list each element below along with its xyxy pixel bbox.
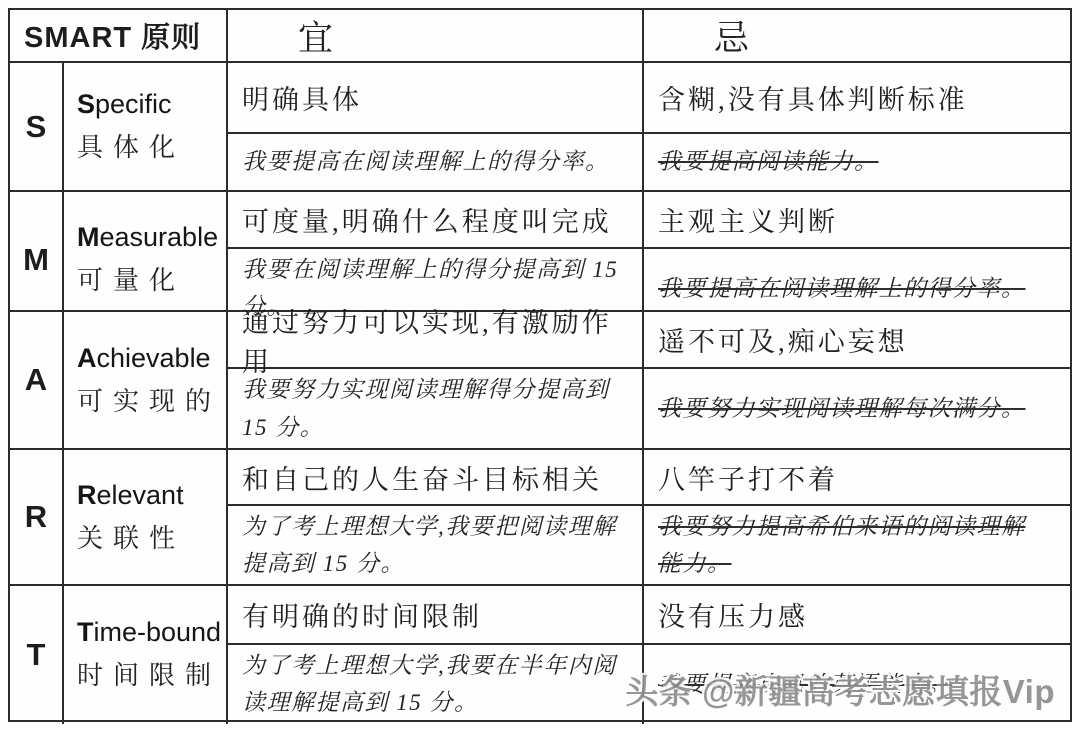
term-rest: elevant bbox=[97, 480, 184, 510]
header-do-cell: 宜 bbox=[228, 10, 644, 61]
letter-cell: M bbox=[10, 192, 64, 328]
watermark: 头条 @新疆高考志愿填报Vip bbox=[625, 666, 1055, 713]
dont-example: 我要努力提高希伯来语的阅读理解能力。 bbox=[644, 506, 1070, 585]
strikethrough-text: 我要努力提高希伯来语的阅读理解能力。 bbox=[658, 508, 1056, 583]
do-description-text: 通过努力可以实现,有激励作用 bbox=[242, 301, 628, 379]
do-column-cell: 有明确的时间限制 为了考上理想大学,我要在半年内阅读理解提高到 15 分。 bbox=[228, 586, 644, 724]
term-initial: M bbox=[77, 222, 100, 252]
letter-cell: A bbox=[10, 312, 64, 448]
term-cell: Achievable 可实现的 bbox=[64, 312, 228, 448]
dont-example: 我要努力实现阅读理解每次满分。 bbox=[644, 369, 1070, 448]
table-row-specific: S Specific 具体化 明确具体 我要提高在阅读理解上的得分率。 含糊,没… bbox=[10, 61, 1070, 190]
do-example-text: 为了考上理想大学,我要把阅读理解提高到 15 分。 bbox=[242, 508, 628, 583]
term-rest: easurable bbox=[100, 222, 219, 252]
dont-description: 没有压力感 bbox=[644, 586, 1070, 645]
term-rest: chievable bbox=[97, 343, 211, 373]
table-header-row: SMART 原则 宜 忌 bbox=[10, 10, 1070, 61]
do-description-text: 和自己的人生奋斗目标相关 bbox=[242, 458, 602, 497]
do-example: 为了考上理想大学,我要在半年内阅读理解提高到 15 分。 bbox=[228, 645, 642, 724]
strikethrough-text: 我要提高在阅读理解上的得分率。 bbox=[658, 270, 1056, 307]
strikethrough-text: 我要提高阅读能力。 bbox=[658, 143, 909, 180]
term-cell: Measurable 可量化 bbox=[64, 192, 228, 328]
smart-principles-table: SMART 原则 宜 忌 S Specific 具体化 明确具体 我要提高在阅读… bbox=[8, 8, 1072, 722]
dont-description-text: 八竿子打不着 bbox=[658, 458, 838, 497]
letter-cell: S bbox=[10, 63, 64, 190]
do-column-cell: 和自己的人生奋斗目标相关 为了考上理想大学,我要把阅读理解提高到 15 分。 bbox=[228, 450, 644, 585]
letter-cell: T bbox=[10, 586, 64, 724]
table-row-measurable: M Measurable 可量化 可度量,明确什么程度叫完成 我要在阅读理解上的… bbox=[10, 190, 1070, 310]
smart-principles-page: SMART 原则 宜 忌 S Specific 具体化 明确具体 我要提高在阅读… bbox=[0, 0, 1080, 730]
do-column-cell: 通过努力可以实现,有激励作用 我要努力实现阅读理解得分提高到 15 分。 bbox=[228, 312, 644, 448]
term-initial: T bbox=[77, 617, 94, 647]
header-principle-cell: SMART 原则 bbox=[10, 10, 228, 61]
do-description: 明确具体 bbox=[228, 63, 642, 134]
dont-description-text: 没有压力感 bbox=[658, 595, 808, 634]
term-chinese: 时间限制 bbox=[77, 655, 226, 692]
term-cell: Time-bound 时间限制 bbox=[64, 586, 228, 724]
do-column-cell: 明确具体 我要提高在阅读理解上的得分率。 bbox=[228, 63, 644, 190]
header-dont-cell: 忌 bbox=[644, 10, 1070, 61]
strikethrough-text: 我要努力实现阅读理解每次满分。 bbox=[658, 390, 1056, 427]
term-rest: ime-bound bbox=[94, 617, 222, 647]
dont-example: 我要提高阅读能力。 bbox=[644, 134, 1070, 190]
term-chinese: 具体化 bbox=[77, 127, 226, 164]
term-english: Specific bbox=[77, 89, 226, 120]
term-cell: Specific 具体化 bbox=[64, 63, 228, 190]
term-english: Measurable bbox=[77, 222, 226, 253]
do-example-text: 我要提高在阅读理解上的得分率。 bbox=[242, 143, 610, 180]
do-example-text: 为了考上理想大学,我要在半年内阅读理解提高到 15 分。 bbox=[242, 647, 628, 722]
dont-column-cell: 八竿子打不着 我要努力提高希伯来语的阅读理解能力。 bbox=[644, 450, 1070, 585]
term-chinese: 可实现的 bbox=[77, 381, 226, 418]
dont-column-cell: 主观主义判断 我要提高在阅读理解上的得分率。 bbox=[644, 192, 1070, 328]
term-english: Achievable bbox=[77, 343, 226, 374]
dont-description: 含糊,没有具体判断标准 bbox=[644, 63, 1070, 134]
do-description-text: 明确具体 bbox=[242, 78, 362, 117]
term-initial: S bbox=[77, 89, 95, 119]
do-description-text: 可度量,明确什么程度叫完成 bbox=[242, 200, 612, 239]
term-english: Relevant bbox=[77, 480, 226, 511]
term-english: Time-bound bbox=[77, 617, 226, 648]
do-example: 为了考上理想大学,我要把阅读理解提高到 15 分。 bbox=[228, 506, 642, 585]
dont-column-cell: 遥不可及,痴心妄想 我要努力实现阅读理解每次满分。 bbox=[644, 312, 1070, 448]
do-example: 我要努力实现阅读理解得分提高到 15 分。 bbox=[228, 369, 642, 448]
term-initial: A bbox=[77, 343, 97, 373]
do-example-text: 我要努力实现阅读理解得分提高到 15 分。 bbox=[242, 371, 628, 446]
letter-cell: R bbox=[10, 450, 64, 585]
do-description: 有明确的时间限制 bbox=[228, 586, 642, 645]
dont-column-cell: 含糊,没有具体判断标准 我要提高阅读能力。 bbox=[644, 63, 1070, 190]
dont-description-text: 含糊,没有具体判断标准 bbox=[658, 78, 968, 117]
dont-description: 遥不可及,痴心妄想 bbox=[644, 312, 1070, 369]
dont-description: 主观主义判断 bbox=[644, 192, 1070, 249]
table-row-achievable: A Achievable 可实现的 通过努力可以实现,有激励作用 我要努力实现阅… bbox=[10, 310, 1070, 448]
term-chinese: 关联性 bbox=[77, 518, 226, 555]
dont-description: 八竿子打不着 bbox=[644, 450, 1070, 506]
term-initial: R bbox=[77, 480, 97, 510]
table-row-relevant: R Relevant 关联性 和自己的人生奋斗目标相关 为了考上理想大学,我要把… bbox=[10, 448, 1070, 584]
do-description-text: 有明确的时间限制 bbox=[242, 595, 482, 634]
term-chinese: 可量化 bbox=[77, 260, 226, 297]
do-example: 我要提高在阅读理解上的得分率。 bbox=[228, 134, 642, 190]
term-rest: pecific bbox=[95, 89, 172, 119]
dont-description-text: 主观主义判断 bbox=[658, 200, 838, 239]
do-description: 通过努力可以实现,有激励作用 bbox=[228, 312, 642, 369]
do-description: 和自己的人生奋斗目标相关 bbox=[228, 450, 642, 506]
term-cell: Relevant 关联性 bbox=[64, 450, 228, 585]
do-description: 可度量,明确什么程度叫完成 bbox=[228, 192, 642, 249]
dont-description-text: 遥不可及,痴心妄想 bbox=[658, 320, 908, 359]
